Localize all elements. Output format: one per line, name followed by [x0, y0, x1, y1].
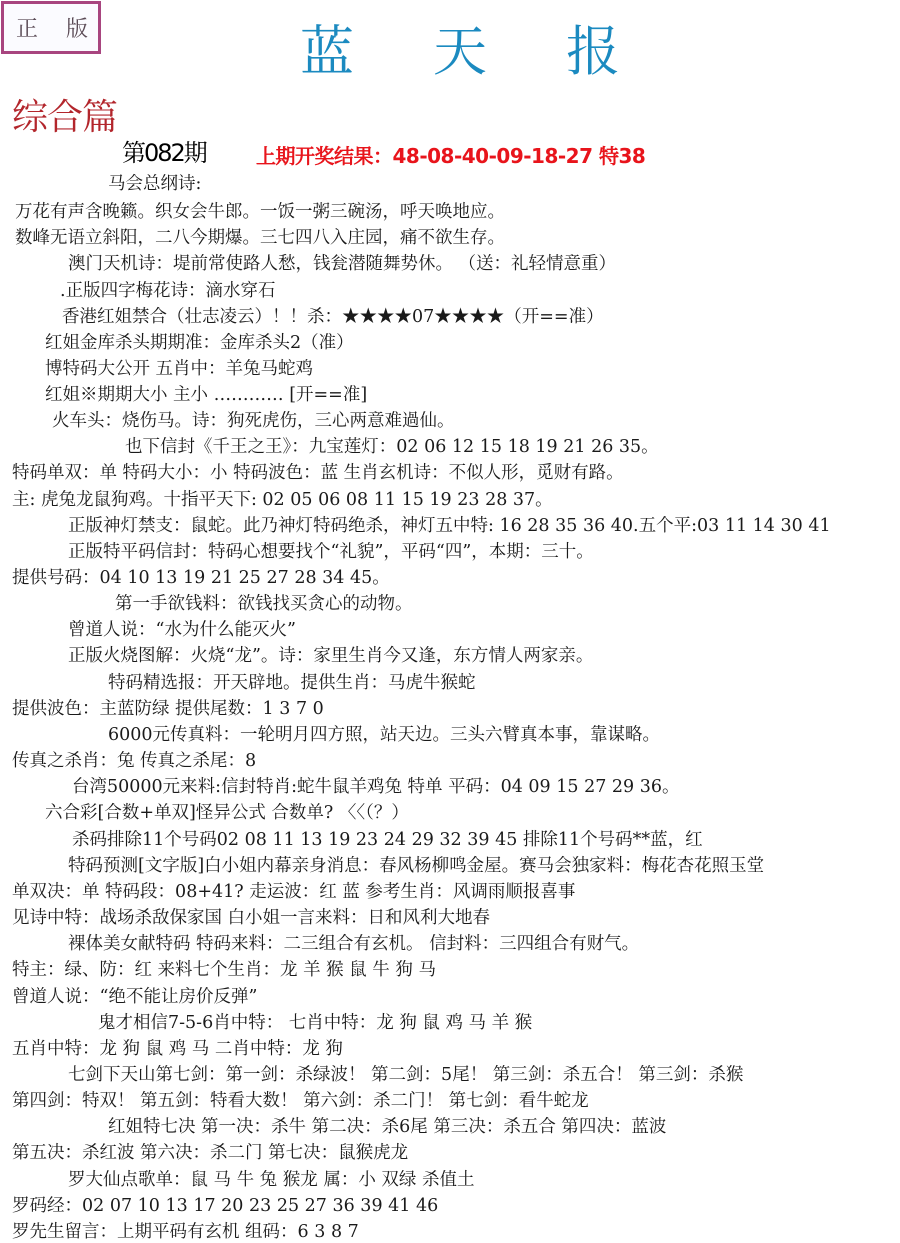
- text-line: 曾道人说：“水为什么能灭火”: [68, 618, 296, 642]
- title-char-2: 天: [433, 20, 487, 84]
- text-line: 红姐※期期大小 主小 ………… [开==准]: [45, 383, 367, 407]
- badge-char-1: 正: [16, 12, 38, 43]
- text-line: 罗先生留言：上期平码有玄机 组码：6 3 8 7: [12, 1220, 359, 1243]
- text-line: 曾道人说：“绝不能让房价反弹”: [12, 985, 257, 1009]
- text-line: 数峰无语立斜阳，二八今期爆。三七四八入庄园，痛不欲生存。: [15, 226, 505, 250]
- text-line: 提供波色：主蓝防绿 提供尾数：1 3 7 0: [12, 697, 324, 721]
- text-line: 6000元传真料：一轮明月四方照，站天边。三头六臂真本事，靠谋略。: [108, 723, 660, 747]
- page-title: 蓝 天 报: [300, 20, 620, 84]
- text-line: 正版火烧图解：火烧“龙”。诗：家里生肖今又逢，东方情人两家亲。: [68, 644, 593, 668]
- text-line: 罗大仙点歌单：鼠 马 牛 兔 猴龙 属：小 双绿 杀值土: [68, 1168, 474, 1192]
- issue-number: 第082期: [122, 138, 206, 168]
- text-line: 博特码大公开 五肖中：羊兔马蛇鸡: [45, 357, 313, 381]
- section-title: 综合篇: [12, 96, 117, 140]
- text-line: 杀码排除11个号码02 08 11 13 19 23 24 29 32 39 4…: [72, 828, 703, 852]
- text-line: 裸体美女献特码 特码来料：二三组合有玄机。 信封料：三四组合有财气。: [68, 932, 639, 956]
- official-badge: 正 版: [1, 1, 101, 54]
- text-line: 澳门天机诗：堤前常使路人愁，钱瓮潜随舞势休。 （送：礼轻情意重）: [68, 252, 616, 276]
- text-line: 单双决：单 特码段：08+41? 走运波：红 蓝 参考生肖：风调雨顺报喜事: [12, 880, 575, 904]
- text-line: 正版神灯禁支：鼠蛇。此乃神灯特码绝杀，神灯五中特: 16 28 35 36 40…: [68, 514, 831, 538]
- text-line: 特码单双：单 特码大小：小 特码波色：蓝 生肖玄机诗：不似人形，觅财有路。: [12, 461, 624, 485]
- text-line: 六合彩[合数+单双]怪异公式 合数单? 〈〈（？）: [45, 801, 409, 825]
- text-line: 七剑下天山第七剑：第一剑：杀绿波！ 第二剑：5尾！ 第三剑：杀五合！ 第三剑：杀…: [68, 1063, 743, 1087]
- text-line: 火车头：烧伤马。诗：狗死虎伤，三心两意难過仙。: [52, 409, 455, 433]
- text-line: 万花有声含晚籁。织女会牛郎。一饭一粥三碗汤，呼天唤地应。: [15, 200, 505, 224]
- text-line: 香港红姐禁合（壮志凌云）！！杀：★★★★07★★★★（开==准）: [62, 305, 604, 329]
- badge-char-2: 版: [66, 12, 88, 43]
- text-line: 第一手欲钱料：欲钱找买贪心的动物。: [115, 592, 413, 616]
- text-line: 见诗中特：战场杀敌保家国 白小姐一言来料：日和风利大地春: [12, 906, 490, 930]
- title-char-1: 蓝: [300, 20, 354, 84]
- text-line: 第四剑：特双！ 第五剑：特看大数！ 第六剑：杀二门！ 第七剑：看牛蛇龙: [12, 1089, 589, 1113]
- text-line: 特码预测[文字版]白小姐内幕亲身消息：春风杨柳鸣金屋。赛马会独家料：梅花杏花照玉…: [68, 854, 764, 878]
- title-char-3: 报: [566, 20, 620, 84]
- text-line: 提供号码：04 10 13 19 21 25 27 28 34 45。: [12, 566, 390, 590]
- text-line: 红姐金库杀头期期准：金库杀头2（准）: [45, 331, 354, 355]
- text-line: 也下信封《千王之王》：九宝莲灯：02 06 12 15 18 19 21 26 …: [125, 435, 659, 459]
- text-line: 第五决：杀红波 第六决：杀二门 第七决：鼠猴虎龙: [12, 1141, 408, 1165]
- text-line: 主: 虎兔龙鼠狗鸡。十指平天下: 02 05 06 08 11 15 19 23…: [12, 488, 553, 512]
- text-line: 罗码经：02 07 10 13 17 20 23 25 27 36 39 41 …: [12, 1194, 438, 1218]
- text-line: 五肖中特：龙 狗 鼠 鸡 马 二肖中特：龙 狗: [12, 1037, 343, 1061]
- text-line: 红姐特七决 第一决：杀牛 第二决：杀6尾 第三决：杀五合 第四决：蓝波: [108, 1115, 666, 1139]
- text-line: 正版特平码信封：特码心想要找个“礼貌”，平码“四”，本期：三十。: [68, 540, 594, 564]
- text-line: 传真之杀肖：兔 传真之杀尾：8: [12, 749, 256, 773]
- last-draw-result: 上期开奖结果：48-08-40-09-18-27 特38: [256, 143, 645, 169]
- text-line: 特码精选报：开天辟地。提供生肖：马虎牛猴蛇: [108, 671, 476, 695]
- text-line: 鬼才相信7-5-6肖中特： 七肖中特：龙 狗 鼠 鸡 马 羊 猴: [98, 1011, 532, 1035]
- text-line: 特主：绿、防：红 来料七个生肖：龙 羊 猴 鼠 牛 狗 马: [12, 958, 436, 982]
- text-line: .正版四字梅花诗：滴水穿石: [60, 279, 276, 303]
- text-line: 马会总纲诗:: [108, 172, 201, 196]
- text-line: 台湾50000元来料:信封特肖:蛇牛鼠羊鸡兔 特单 平码：04 09 15 27…: [72, 775, 680, 799]
